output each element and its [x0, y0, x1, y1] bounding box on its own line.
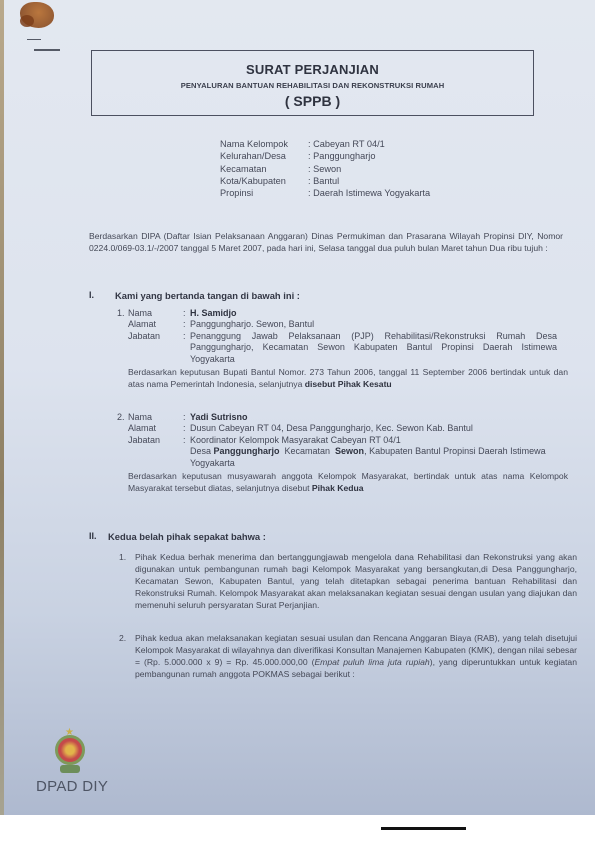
info-label: Kota/Kabupaten	[220, 175, 308, 187]
spacer	[117, 331, 128, 365]
spacer	[117, 423, 128, 434]
spacer	[117, 435, 128, 469]
party-address: Panggungharjo. Sewon, Bantul	[190, 319, 500, 330]
position-text: Desa	[190, 446, 214, 456]
field-label: Nama	[128, 308, 183, 319]
party-address: Dusun Cabeyan RT 04, Desa Panggungharjo,…	[190, 423, 557, 434]
colon: :	[183, 412, 190, 423]
party-name: Yadi Sutrisno	[190, 412, 500, 423]
scanned-page: SURAT PERJANJIAN PENYALURAN BANTUAN REHA…	[0, 0, 595, 815]
watermark: ★ DPAD DIY	[36, 727, 108, 795]
section-number: II.	[89, 531, 97, 541]
info-row: Propinsi: Daerah Istimewa Yogyakarta	[220, 187, 430, 199]
field-label: Jabatan	[128, 435, 183, 469]
spacer	[117, 319, 128, 330]
document-code: ( SPPB )	[92, 93, 533, 109]
field-label: Alamat	[128, 423, 183, 434]
info-label: Kelurahan/Desa	[220, 150, 308, 162]
colon: :	[183, 423, 190, 434]
party-row: Jabatan : Penanggung Jawab Pelaksanaan (…	[117, 331, 568, 365]
info-label: Nama Kelompok	[220, 138, 308, 150]
info-value: : Sewon	[308, 163, 341, 175]
info-value: : Panggungharjo	[308, 150, 375, 162]
agreement-item: 1. Pihak Kedua berhak menerima dan berta…	[119, 551, 577, 611]
emblem-base	[60, 765, 80, 773]
item-text: Pihak Kedua berhak menerima dan bertangg…	[135, 551, 577, 611]
footer-rule	[381, 827, 466, 830]
amount-in-words: Empat puluh lima juta rupiah	[314, 657, 429, 667]
party-designation: Pihak Kedua	[312, 483, 364, 493]
party-number: 2.	[117, 412, 128, 423]
field-label: Alamat	[128, 319, 183, 330]
document-title: SURAT PERJANJIAN	[92, 62, 533, 77]
info-row: Nama Kelompok: Cabeyan RT 04/1	[220, 138, 430, 150]
pen-mark	[27, 39, 41, 40]
position-kecamatan: Sewon	[335, 446, 364, 456]
info-value: : Bantul	[308, 175, 339, 187]
party-position: Penanggung Jawab Pelaksanaan (PJP) Rehab…	[190, 331, 557, 365]
watermark-text: DPAD DIY	[36, 778, 108, 795]
party-row: Alamat : Panggungharjo. Sewon, Bantul	[117, 319, 568, 330]
party-name: H. Samidjo	[190, 308, 500, 319]
section-number: I.	[89, 290, 94, 300]
party-note: Berdasarkan keputusan Bupati Bantul Nomo…	[128, 366, 568, 390]
party-row: Jabatan : Koordinator Kelompok Masyaraka…	[117, 435, 568, 469]
emblem-ring	[55, 735, 85, 765]
group-info: Nama Kelompok: Cabeyan RT 04/1 Kelurahan…	[220, 138, 430, 199]
field-label: Jabatan	[128, 331, 183, 365]
agreement-item: 2. Pihak kedua akan melaksanakan kegiata…	[119, 632, 577, 680]
position-text: Kecamatan	[280, 446, 336, 456]
document-subtitle: PENYALURAN BANTUAN REHABILITASI DAN REKO…	[92, 81, 533, 90]
info-label: Propinsi	[220, 187, 308, 199]
party-number: 1.	[117, 308, 128, 319]
party-2: 2. Nama : Yadi Sutrisno Alamat : Dusun C…	[117, 412, 568, 494]
section-title: Kedua belah pihak sepakat bahwa :	[108, 531, 266, 542]
section-title: Kami yang bertanda tangan di bawah ini :	[115, 290, 300, 301]
intro-paragraph: Berdasarkan DIPA (Daftar Isian Pelaksana…	[89, 230, 563, 255]
item-number: 1.	[119, 551, 135, 611]
party-position: Koordinator Kelompok Masyarakat Cabeyan …	[190, 435, 557, 469]
info-value: : Daerah Istimewa Yogyakarta	[308, 187, 430, 199]
party-row: Alamat : Dusun Cabeyan RT 04, Desa Pangg…	[117, 423, 568, 434]
field-label: Nama	[128, 412, 183, 423]
document-header: SURAT PERJANJIAN PENYALURAN BANTUAN REHA…	[91, 50, 534, 116]
colon: :	[183, 435, 190, 469]
position-desa: Panggungharjo	[214, 446, 280, 456]
info-row: Kota/Kabupaten: Bantul	[220, 175, 430, 187]
party-note: Berdasarkan keputusan musyawarah anggota…	[128, 470, 568, 494]
item-text: Pihak kedua akan melaksanakan kegiatan s…	[135, 632, 577, 680]
info-label: Kecamatan	[220, 163, 308, 175]
party-designation: disebut Pihak Kesatu	[305, 379, 392, 389]
item-number: 2.	[119, 632, 135, 680]
party-1: 1. Nama : H. Samidjo Alamat : Panggungha…	[117, 308, 568, 390]
party-row: 1. Nama : H. Samidjo	[117, 308, 568, 319]
party-row: 2. Nama : Yadi Sutrisno	[117, 412, 568, 423]
page-edge	[0, 0, 4, 815]
colon: :	[183, 308, 190, 319]
dpad-diy-emblem-icon: ★	[50, 727, 90, 777]
info-row: Kecamatan: Sewon	[220, 163, 430, 175]
pen-mark	[34, 49, 60, 51]
colon: :	[183, 319, 190, 330]
position-line: Koordinator Kelompok Masyarakat Cabeyan …	[190, 435, 401, 445]
info-value: : Cabeyan RT 04/1	[308, 138, 385, 150]
info-row: Kelurahan/Desa: Panggungharjo	[220, 150, 430, 162]
colon: :	[183, 331, 190, 365]
stain-mark	[20, 15, 34, 27]
